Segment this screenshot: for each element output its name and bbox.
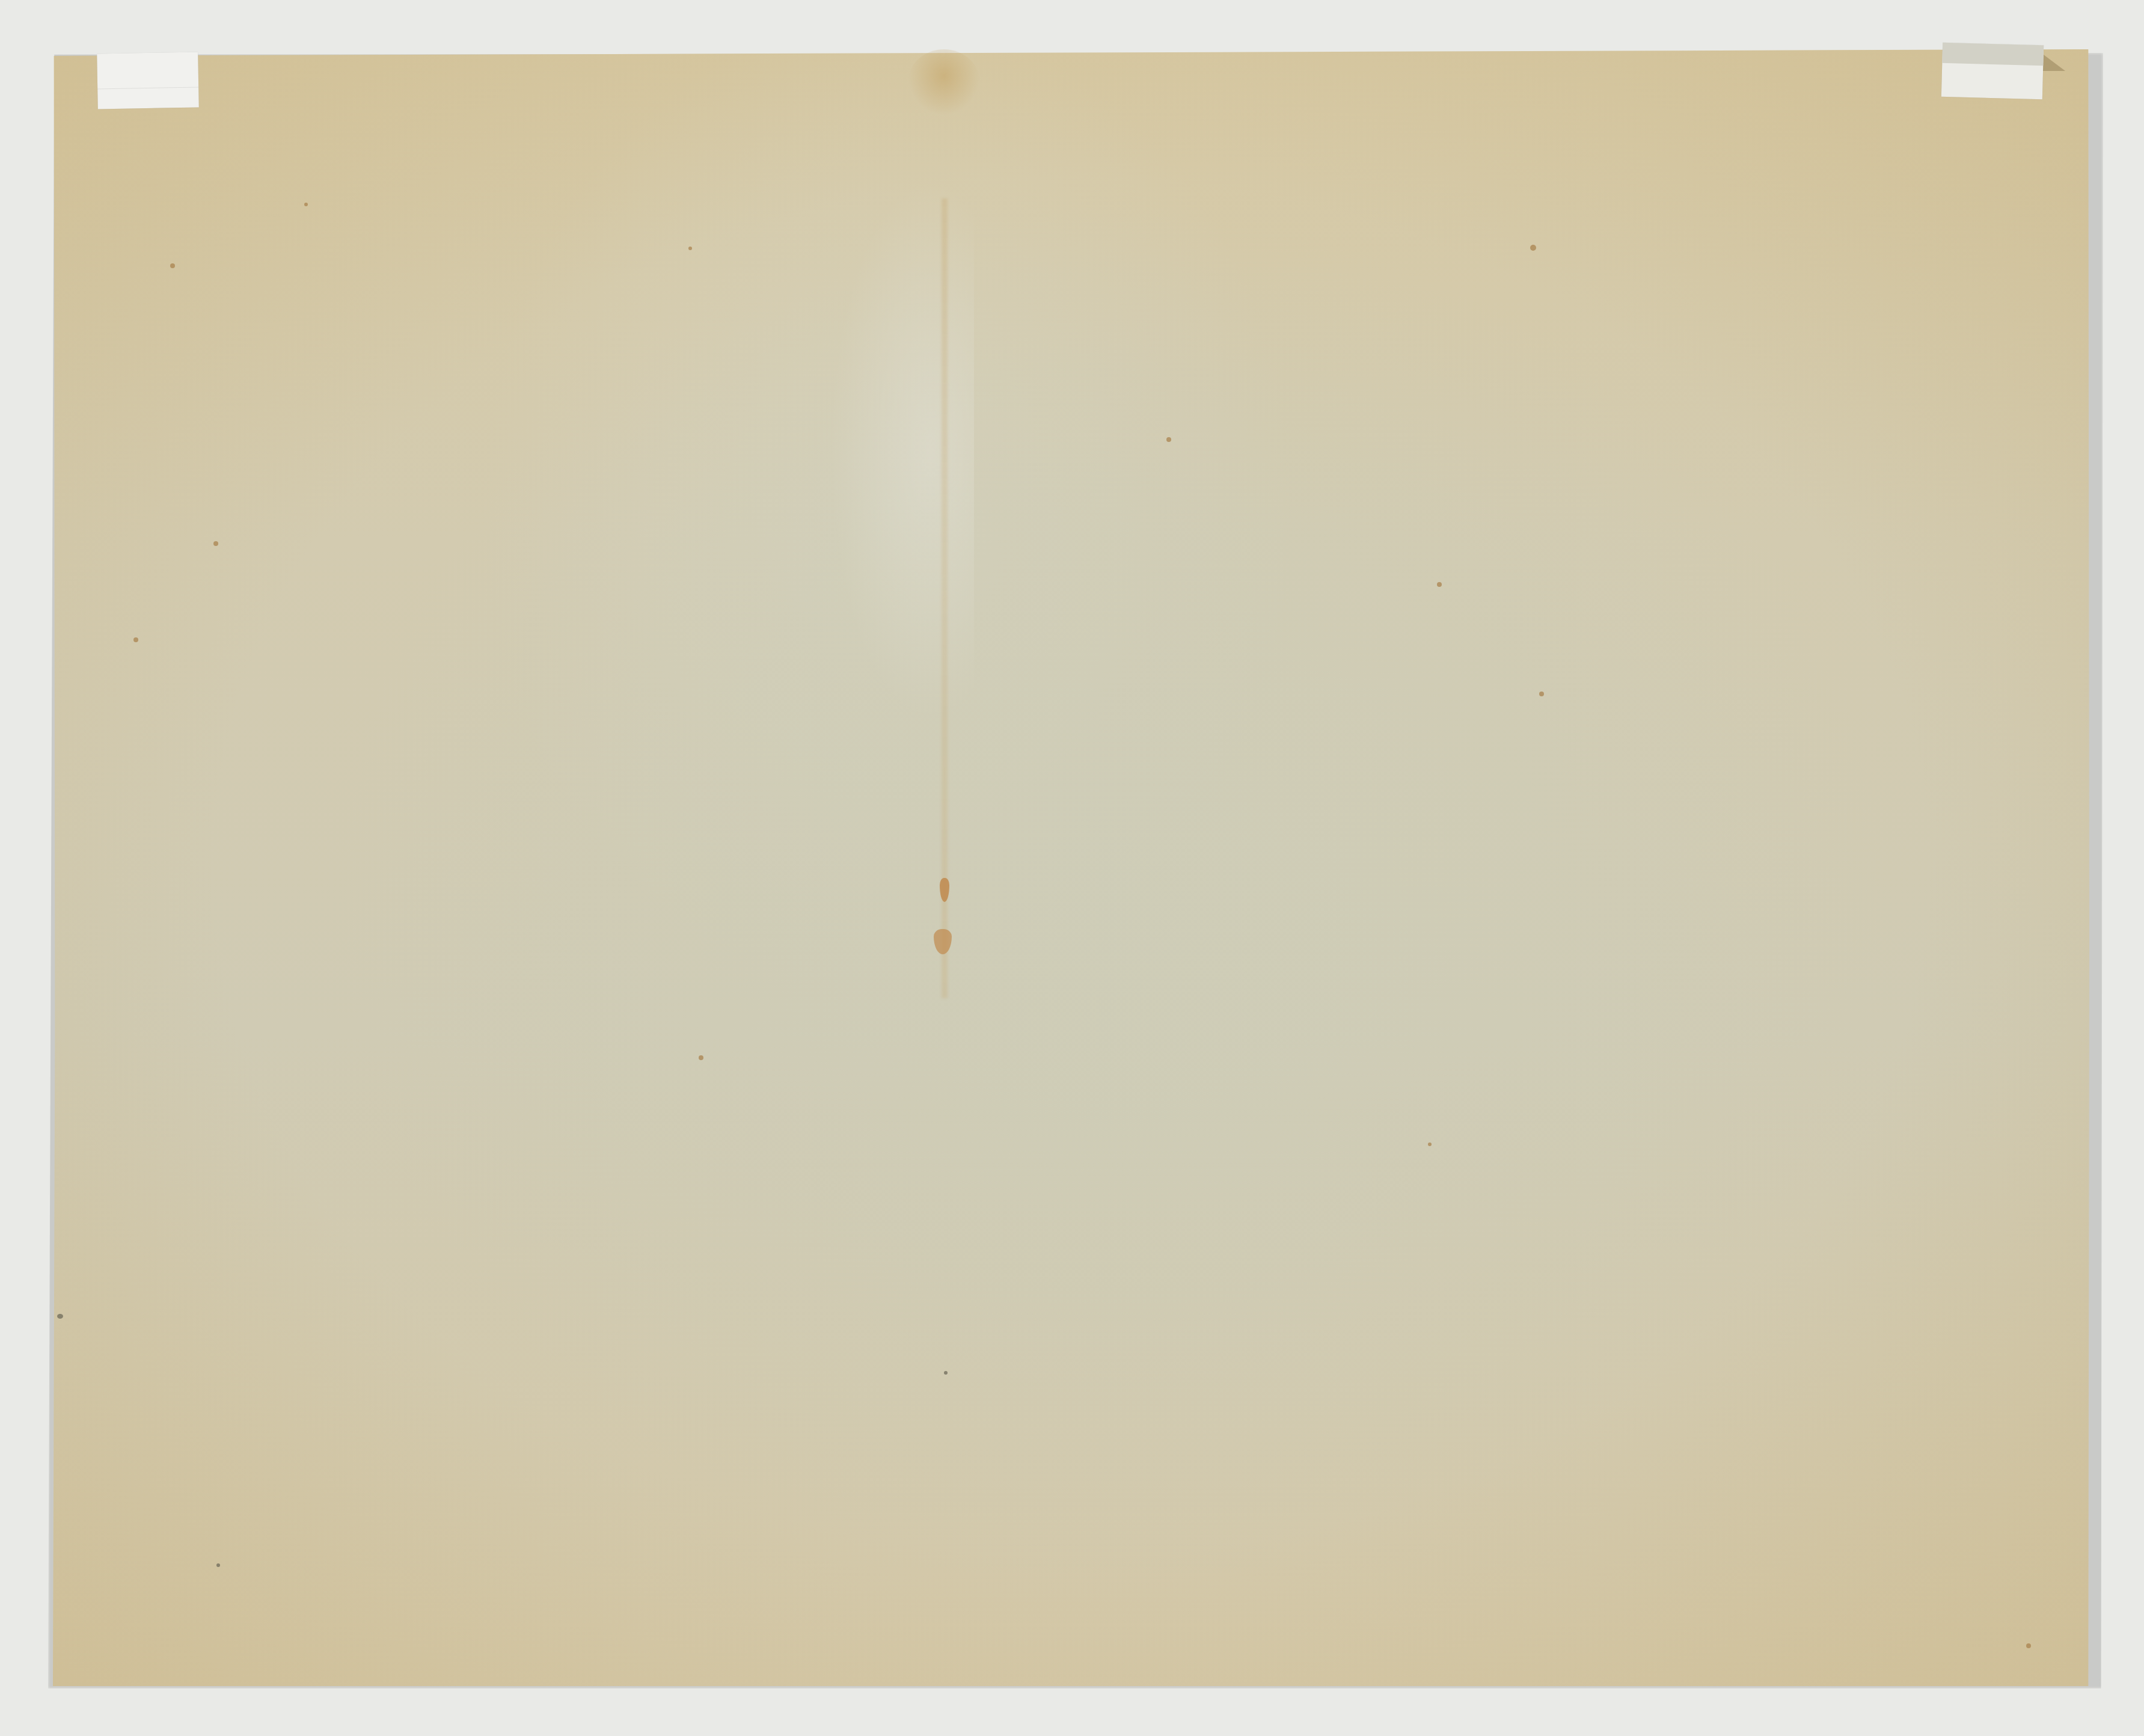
hinge-tape-top-left xyxy=(97,52,199,109)
drip-light-area xyxy=(830,180,974,722)
foxing-speck xyxy=(216,1563,220,1567)
foxing-speck xyxy=(170,263,175,268)
foxing-speck xyxy=(1166,437,1171,442)
foxing-speck xyxy=(1530,245,1536,251)
foxing-speck xyxy=(699,1055,703,1060)
aged-paper-sheet xyxy=(53,49,2089,1686)
foxing-speck xyxy=(1539,692,1544,696)
foxing-speck xyxy=(1428,1143,1432,1146)
foxing-speck xyxy=(944,1371,948,1375)
foxing-speck xyxy=(57,1314,63,1319)
foxing-speck xyxy=(304,203,308,206)
top-edge-stain xyxy=(908,49,980,115)
tape-fold xyxy=(1942,43,2044,66)
foxing-speck xyxy=(133,637,138,642)
hinge-tape-top-right xyxy=(1941,43,2044,99)
tape-fold-line xyxy=(97,87,198,90)
foxing-speck xyxy=(213,541,218,546)
foxing-speck xyxy=(2026,1643,2031,1648)
foxing-speck xyxy=(1437,582,1442,587)
foxing-speck xyxy=(688,247,692,250)
